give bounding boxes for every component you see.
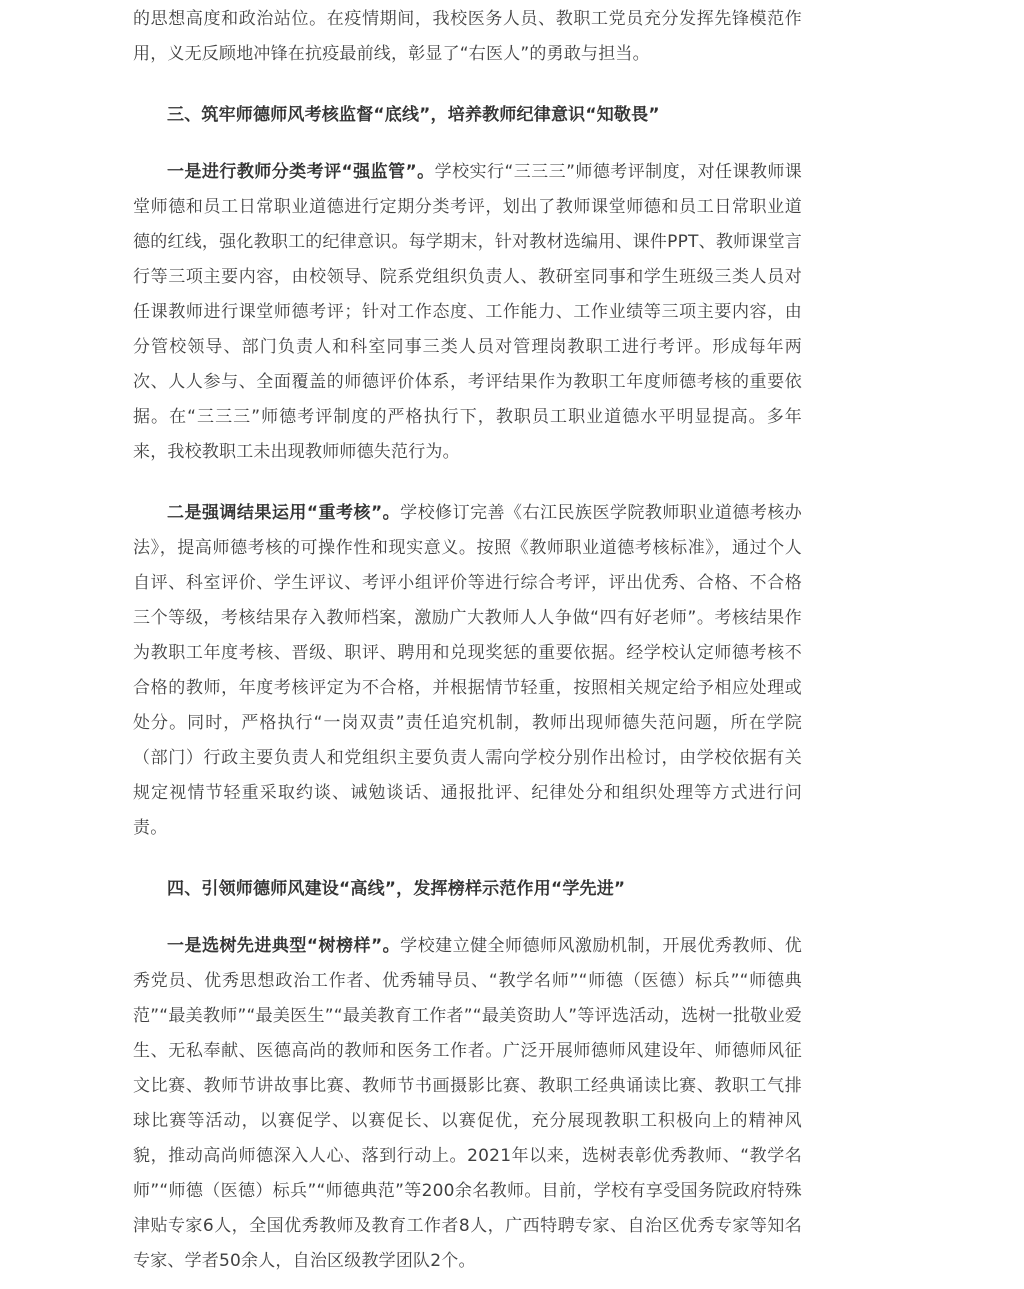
paragraph-lead: 一是选树先进典型“树榜样”。 xyxy=(167,936,400,956)
paragraph-text: 学校建立健全师德师风激励机制，开展优秀教师、优秀党员、优秀思想政治工作者、优秀辅… xyxy=(133,936,802,1271)
section-heading: 四、引领师德师风建设“高线”，发挥榜样示范作用“学先进” xyxy=(133,872,802,907)
paragraph: 一是选树先进典型“树榜样”。学校建立健全师德师风激励机制，开展优秀教师、优秀党员… xyxy=(133,929,802,1279)
section-heading: 三、筑牢师德师风考核监督“底线”，培养教师纪律意识“知敬畏” xyxy=(133,98,802,133)
paragraph: 一是进行教师分类考评“强监管”。学校实行“三三三”师德考评制度，对任课教师课堂师… xyxy=(133,155,802,470)
paragraph-lead: 二是强调结果运用“重考核”。 xyxy=(167,503,400,523)
paragraph-text: 学校实行“三三三”师德考评制度，对任课教师课堂师德和员工日常职业道德进行定期分类… xyxy=(133,162,802,462)
paragraph-text: 学校修订完善《右江民族医学院教师职业道德考核办法》，提高师德考核的可操作性和现实… xyxy=(133,503,802,838)
paragraph: 二是强调结果运用“重考核”。学校修订完善《右江民族医学院教师职业道德考核办法》，… xyxy=(133,496,802,846)
document-page: 的思想高度和政治站位。在疫情期间，我校医务人员、教职工党员充分发挥先锋模范作用，… xyxy=(0,0,1024,1289)
document-body: 的思想高度和政治站位。在疫情期间，我校医务人员、教职工党员充分发挥先锋模范作用，… xyxy=(133,2,802,1279)
paragraph-lead: 一是进行教师分类考评“强监管”。 xyxy=(167,162,435,182)
paragraph-continuation: 的思想高度和政治站位。在疫情期间，我校医务人员、教职工党员充分发挥先锋模范作用，… xyxy=(133,2,802,72)
